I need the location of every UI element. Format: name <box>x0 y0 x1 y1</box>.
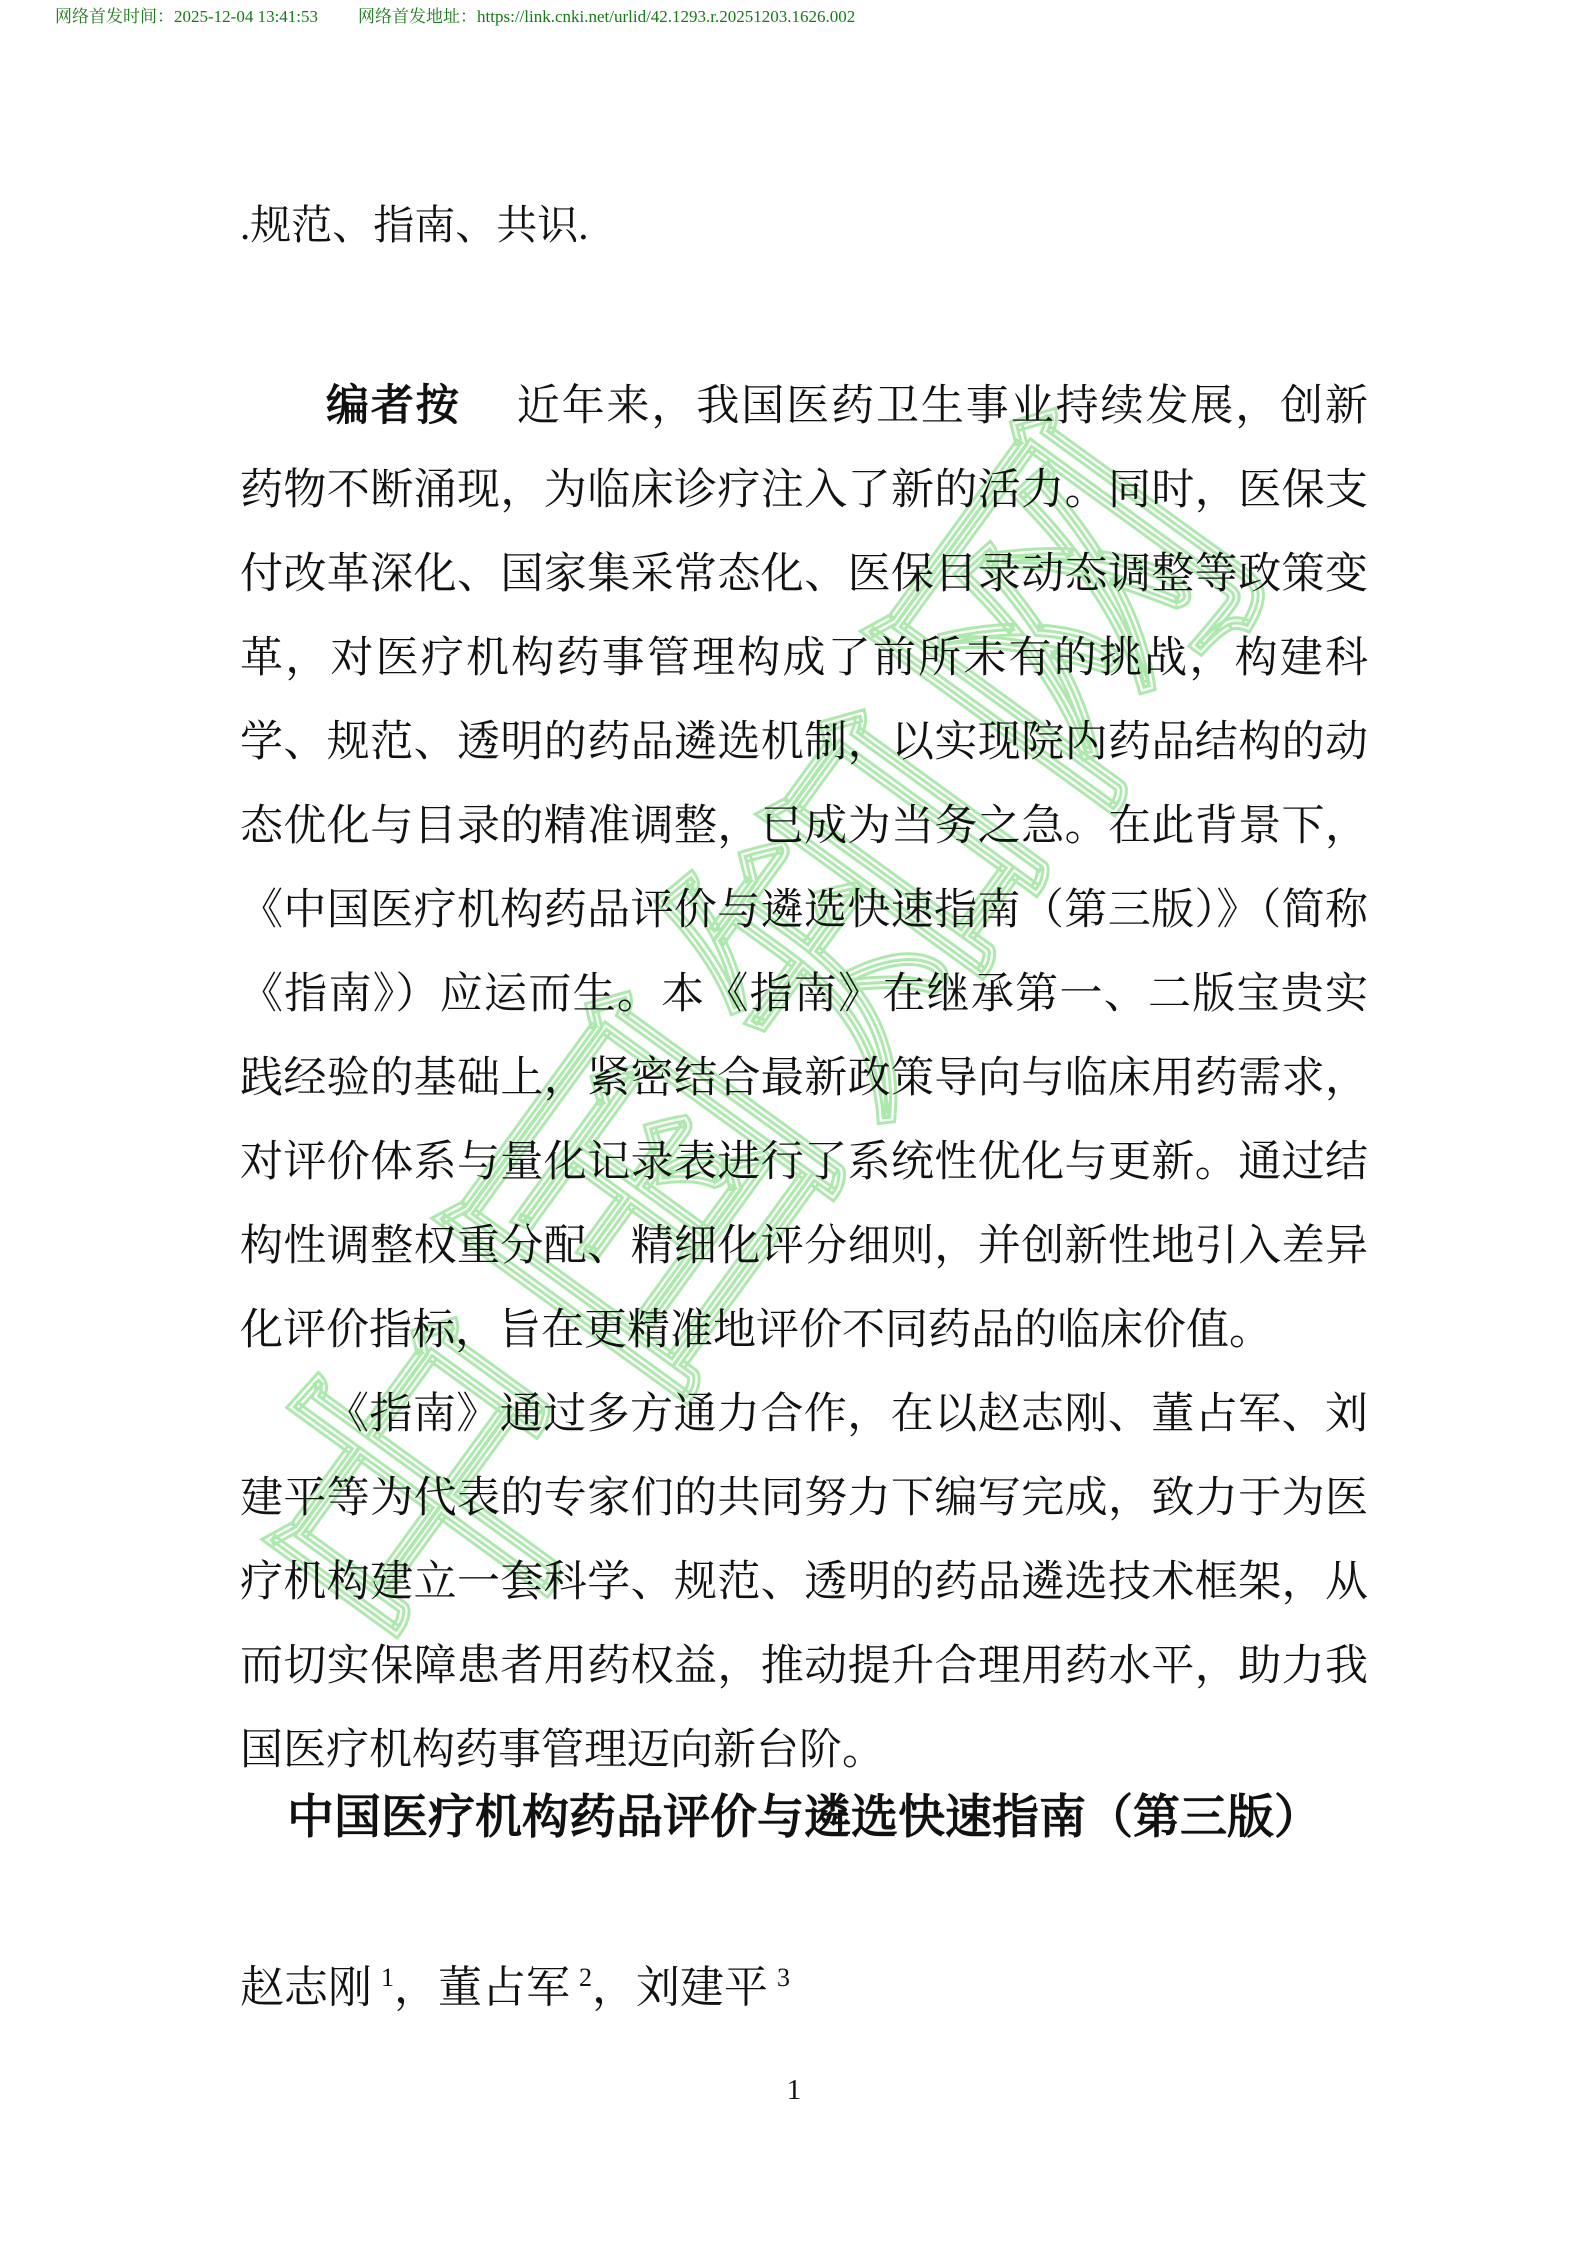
page-number: 1 <box>0 2072 1588 2108</box>
editor-note-paragraph-2: 《指南》通过多方通力合作，在以赵志刚、董占军、刘建平等为代表的专家们的共同努力下… <box>240 1373 1368 1793</box>
author-name-2: 董占军 <box>438 1963 570 2012</box>
publish-url-link[interactable]: 网络首发地址：https://link.cnki.net/urlid/42.12… <box>358 6 855 28</box>
publish-time-text: 网络首发时间：2025-12-04 13:41:53 <box>55 6 318 28</box>
cnki-first-publish-header: 网络首发时间：2025-12-04 13:41:53 网络首发地址：https:… <box>55 6 1568 28</box>
author-affiliation-sup-2: 2 <box>570 1963 592 1992</box>
document-page: 中国知网 网络首发时间：2025-12-04 13:41:53 网络首发地址：h… <box>0 0 1588 2245</box>
article-title: 中国医疗机构药品评价与遴选快速指南（第三版） <box>240 1776 1368 1860</box>
column-section-label: .规范、指南、共识. <box>240 200 589 250</box>
author-affiliation-sup-3: 3 <box>768 1963 790 1992</box>
author-name-1: 赵志刚 <box>240 1963 372 2012</box>
author-line: 赵志刚1，董占军2，刘建平3 <box>240 1946 1368 2030</box>
author-affiliation-sup-1: 1 <box>372 1963 394 1992</box>
editor-note-paragraph-1-text: 近年来，我国医药卫生事业持续发展，创新药物不断涌现，为临床诊疗注入了新的活力。同… <box>240 383 1368 1354</box>
editor-note-label: 编者按 <box>326 383 461 430</box>
author-name-3: 刘建平 <box>636 1963 768 2012</box>
editor-note-block: 编者按近年来，我国医药卫生事业持续发展，创新药物不断涌现，为临床诊疗注入了新的活… <box>240 365 1368 1793</box>
editor-note-paragraph-1: 编者按近年来，我国医药卫生事业持续发展，创新药物不断涌现，为临床诊疗注入了新的活… <box>240 365 1368 1373</box>
author-separator-1: ， <box>394 1963 438 2012</box>
author-separator-2: ， <box>592 1963 636 2012</box>
